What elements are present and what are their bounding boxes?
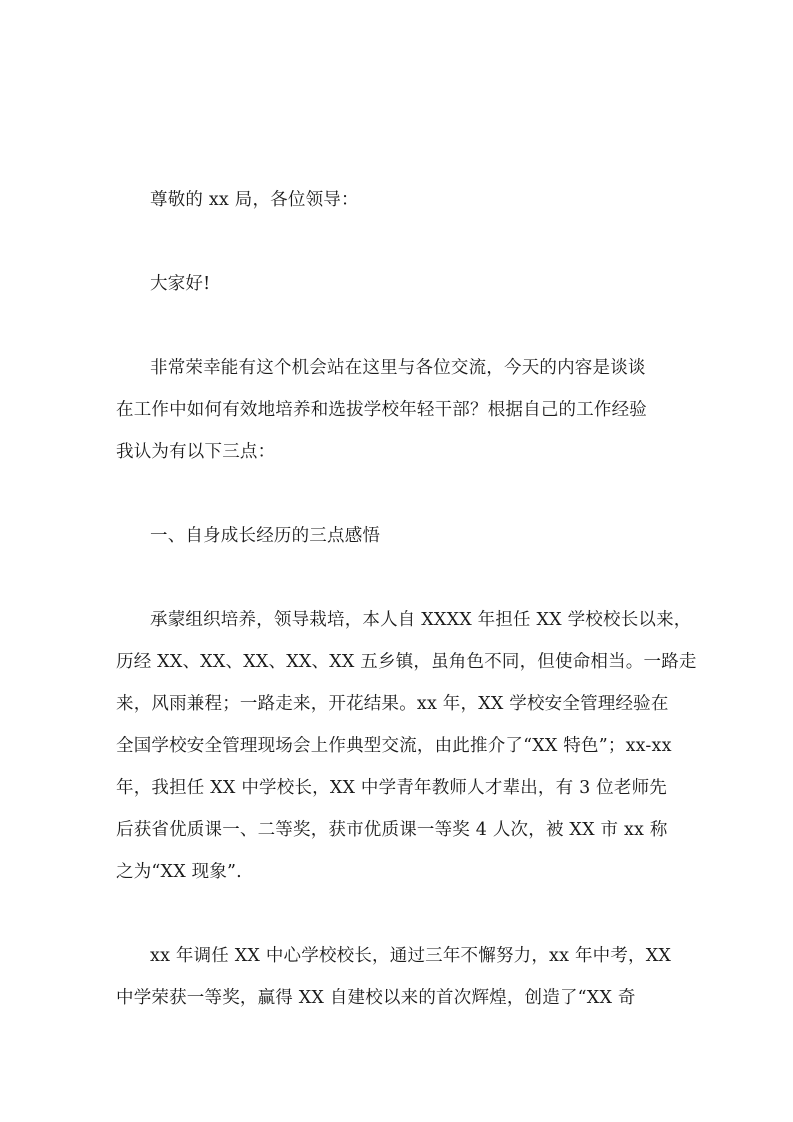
intro-line: 非常荣幸能有这个机会站在这里与各位交流，今天的内容是谈谈 [150,357,646,379]
intro-line: 我认为有以下三点： [116,441,275,463]
paragraph-line: 年，我担任 XX 中学校长，XX 中学青年教师人才辈出，有 3 位老师先 [116,777,667,799]
paragraph-line: 承蒙组织培养，领导栽培，本人自 XXXX 年担任 XX 学校校长以来， [150,609,692,631]
document-page: 尊敬的 xx 局，各位领导： 大家好! 非常荣幸能有这个机会站在这里与各位交流，… [0,0,793,1122]
paragraph-line: xx 年调任 XX 中心学校校长，通过三年不懈努力，xx 年中考，XX [150,945,671,967]
section-heading: 一、自身成长经历的三点感悟 [150,525,380,547]
paragraph-line: 来，风雨兼程；一路走来，开花结果。xx 年，XX 学校安全管理经验在 [116,693,669,715]
paragraph-line: 全国学校安全管理现场会上作典型交流，由此推介了“XX 特色”；xx-xx [116,735,672,757]
paragraph-line: 之为“XX 现象”. [116,861,242,883]
paragraph-line: 后获省优质课一、二等奖，获市优质课一等奖 4 人次，被 XX 市 xx 称 [116,819,668,841]
salutation: 尊敬的 xx 局，各位领导： [150,189,359,211]
intro-line: 在工作中如何有效地培养和选拔学校年轻干部？根据自己的工作经验 [116,399,647,421]
paragraph-line: 中学荣获一等奖，赢得 XX 自建校以来的首次辉煌，创造了“XX 奇 [116,987,636,1009]
paragraph-line: 历经 XX、XX、XX、XX、XX 五乡镇，虽角色不同，但使命相当。一路走 [116,651,697,673]
greeting: 大家好! [150,273,210,295]
